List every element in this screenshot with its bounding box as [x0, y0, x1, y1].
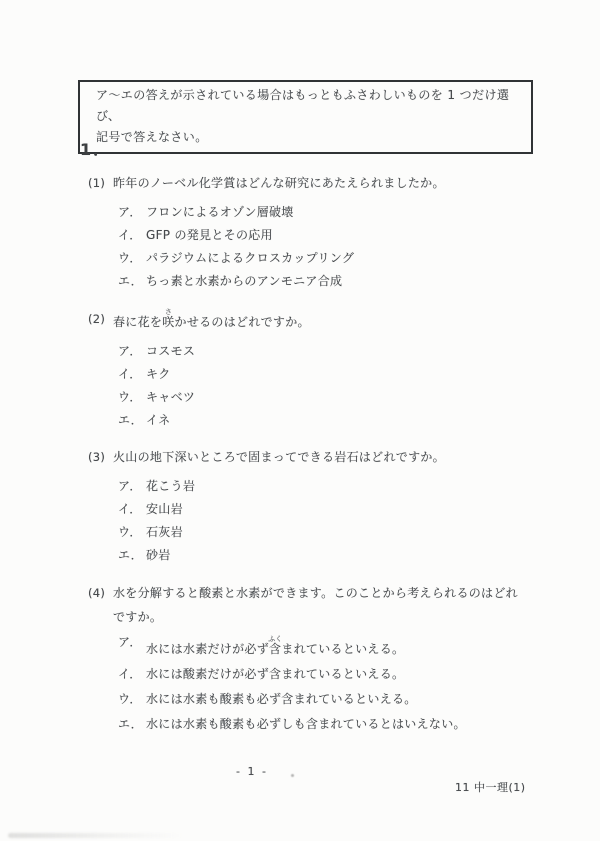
option-row: エ． ちっ素と水素からのアンモニア合成 — [118, 274, 540, 289]
option-text: ちっ素と水素からのアンモニア合成 — [146, 274, 342, 289]
option-text: イネ — [146, 413, 170, 428]
option-text: フロンによるオゾン層破壊 — [146, 205, 294, 220]
option-marker: イ． — [118, 367, 146, 382]
ruby-text: ふく — [268, 635, 282, 643]
option-text: キャベツ — [146, 390, 195, 405]
ruby-text: さ — [162, 308, 174, 316]
question-block-1: (1) 昨年のノーベル化学賞はどんな研究にあたえられましたか。 ア． フロンによ… — [88, 172, 540, 297]
question-text: 火山の地下深いところで固まってできる岩石はどれですか。 — [113, 446, 540, 469]
option-row: エ． イネ — [118, 413, 540, 428]
instruction-line-2: 記号で答えなさい。 — [96, 127, 519, 148]
option-marker: ア． — [118, 635, 146, 657]
question-text-segment: 春に花を — [113, 315, 162, 329]
option-marker: ウ． — [118, 692, 146, 707]
option-marker: イ． — [118, 502, 146, 517]
option-text: 水には酸素だけが必ず含まれているといえる。 — [146, 667, 404, 682]
options-list: ア． 花こう岩 イ． 安山岩 ウ． 石灰岩 エ． 砂岩 — [118, 479, 540, 563]
instruction-box: ア〜エの答えが示されている場合はもっともふさわしいものを 1 つだけ選び、 記号… — [78, 80, 533, 154]
option-marker: エ． — [118, 413, 146, 428]
option-text-segment: まれているといえる。 — [281, 642, 404, 656]
option-marker: ア． — [118, 344, 146, 359]
option-row: イ． キク — [118, 367, 540, 382]
question-line: (1) 昨年のノーベル化学賞はどんな研究にあたえられましたか。 — [88, 172, 540, 195]
option-text: 水には水素も酸素も必ずしも含まれているとはいえない。 — [146, 717, 466, 732]
question-number: (3) — [88, 446, 113, 469]
options-list: ア． 水には水素だけが必ず含ふくまれているといえる。 イ． 水には酸素だけが必ず… — [118, 635, 540, 732]
option-row: イ． GFP の発見とその応用 — [118, 228, 540, 243]
option-marker: ア． — [118, 479, 146, 494]
option-row: ウ． 水には水素も酸素も必ず含まれているといえる。 — [118, 692, 540, 707]
option-row: ウ． 石灰岩 — [118, 525, 540, 540]
option-text: パラジウムによるクロスカップリング — [146, 251, 354, 266]
option-text: 砂岩 — [146, 548, 171, 563]
question-block-4: (4) 水を分解すると酸素と水素ができます。このことから考えられるのはどれですか… — [88, 581, 540, 742]
option-text: 水には水素も酸素も必ず含まれているといえる。 — [146, 692, 417, 707]
options-list: ア． コスモス イ． キク ウ． キャベツ エ． イネ — [118, 344, 540, 428]
exam-page: ア〜エの答えが示されている場合はもっともふさわしいものを 1 つだけ選び、 記号… — [0, 0, 600, 841]
option-text: 水には水素だけが必ず含ふくまれているといえる。 — [146, 635, 404, 657]
question-line: (4) 水を分解すると酸素と水素ができます。このことから考えられるのはどれですか… — [88, 581, 540, 629]
question-text: 昨年のノーベル化学賞はどんな研究にあたえられましたか。 — [113, 172, 540, 195]
ruby-annotation: 咲さ — [162, 315, 174, 329]
ruby-base: 咲 — [162, 315, 174, 329]
option-marker: ウ． — [118, 251, 146, 266]
option-text: キク — [146, 367, 171, 382]
section-number: 1． — [80, 137, 111, 160]
question-number: (1) — [88, 172, 113, 195]
footer-page-number: - 1 - — [236, 765, 268, 778]
option-row: エ． 水には水素も酸素も必ずしも含まれているとはいえない。 — [118, 717, 540, 732]
option-text-segment: 水には水素だけが必ず — [146, 642, 269, 656]
question-text: 水を分解すると酸素と水素ができます。このことから考えられるのはどれですか。 — [109, 581, 521, 629]
option-text: コスモス — [146, 344, 195, 359]
instruction-line-1: ア〜エの答えが示されている場合はもっともふさわしいものを 1 つだけ選び、 — [96, 85, 519, 127]
question-block-3: (3) 火山の地下深いところで固まってできる岩石はどれですか。 ア． 花こう岩 … — [88, 446, 540, 571]
question-number: (2) — [88, 308, 113, 334]
option-marker: イ． — [118, 667, 146, 682]
option-marker: エ． — [118, 274, 146, 289]
option-row: ア． コスモス — [118, 344, 540, 359]
scan-speck — [291, 774, 294, 777]
question-line: (2) 春に花を咲さかせるのはどれですか。 — [88, 308, 540, 334]
option-row: ア． 花こう岩 — [118, 479, 540, 494]
option-row: ウ． キャベツ — [118, 390, 540, 405]
option-marker: エ． — [118, 548, 146, 563]
option-marker: ウ． — [118, 390, 146, 405]
footer-doc-code: 11 中一理(1) — [455, 779, 526, 795]
ruby-annotation: 含ふく — [269, 642, 281, 656]
option-row: ウ． パラジウムによるクロスカップリング — [118, 251, 540, 266]
question-line: (3) 火山の地下深いところで固まってできる岩石はどれですか。 — [88, 446, 540, 469]
option-marker: エ． — [118, 717, 146, 732]
options-list: ア． フロンによるオゾン層破壊 イ． GFP の発見とその応用 ウ． パラジウム… — [118, 205, 540, 289]
option-row: イ． 安山岩 — [118, 502, 540, 517]
option-marker: ウ． — [118, 525, 146, 540]
option-row: エ． 砂岩 — [118, 548, 540, 563]
question-block-2: (2) 春に花を咲さかせるのはどれですか。 ア． コスモス イ． キク ウ． キ… — [88, 308, 540, 436]
option-marker: イ． — [118, 228, 146, 243]
option-text: 花こう岩 — [146, 479, 195, 494]
option-text: 石灰岩 — [146, 525, 183, 540]
option-text: 安山岩 — [146, 502, 183, 517]
scan-smudge — [8, 833, 183, 838]
option-row: ア． 水には水素だけが必ず含ふくまれているといえる。 — [118, 635, 540, 657]
option-row: ア． フロンによるオゾン層破壊 — [118, 205, 540, 220]
option-row: イ． 水には酸素だけが必ず含まれているといえる。 — [118, 667, 540, 682]
option-text: GFP の発見とその応用 — [146, 228, 273, 243]
question-text-segment: かせるのはどれですか。 — [175, 315, 310, 329]
question-text: 春に花を咲さかせるのはどれですか。 — [113, 308, 540, 334]
option-marker: ア． — [118, 205, 146, 220]
